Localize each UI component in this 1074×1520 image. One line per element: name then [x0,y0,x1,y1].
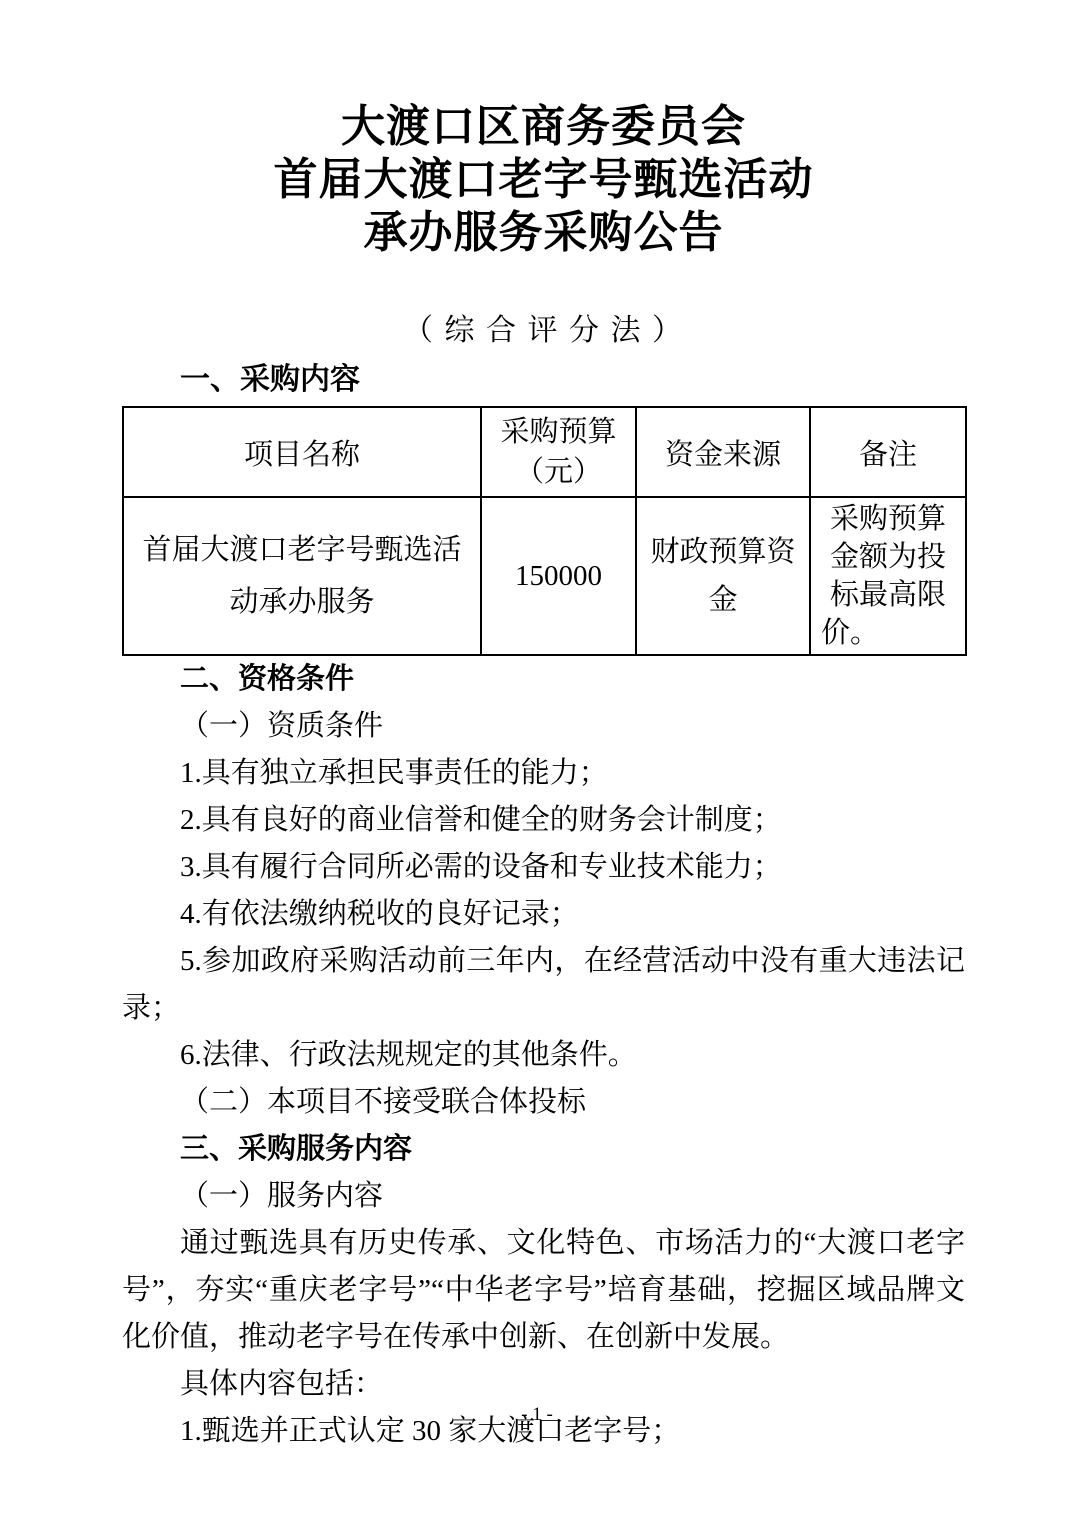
col-header-remark: 备注 [810,407,966,497]
cell-budget: 150000 [481,497,636,655]
procurement-table: 项目名称 采购预算 （元） 资金来源 备注 首届大渡口老字号甄选活动承办服务 1… [122,406,967,656]
section3-heading: 三、采购服务内容 [122,1126,965,1173]
qualification-item-3: 3.具有履行合同所必需的设备和专业技术能力； [122,844,965,891]
cell-funding-source: 财政预算资金 [636,497,810,655]
evaluation-method-line: （ 综 合 评 分 法 ） [122,307,965,354]
section3-sub1-heading: （一）服务内容 [122,1173,965,1220]
qualification-item-4: 4.有依法缴纳税收的良好记录； [122,891,965,938]
table-row: 首届大渡口老字号甄选活动承办服务 150000 财政预算资金 采购预算金额为投标… [123,497,966,655]
specific-content-intro: 具体内容包括： [122,1361,965,1408]
cell-project-name: 首届大渡口老字号甄选活动承办服务 [123,497,481,655]
service-content-paragraph: 通过甄选具有历史传承、文化特色、市场活力的“大渡口老字号”，夯实“重庆老字号”“… [122,1220,965,1361]
qualification-item-1: 1.具有独立承担民事责任的能力； [122,750,965,797]
document-page: 大渡口区商务委员会 首届大渡口老字号甄选活动 承办服务采购公告 （ 综 合 评 … [0,0,1074,1520]
cell-remark: 采购预算金额为投标最高限价。 [810,497,966,655]
section2-sub2-heading: （二）本项目不接受联合体投标 [122,1079,965,1126]
title-line-3: 承办服务采购公告 [122,206,965,259]
col-header-project-name: 项目名称 [123,407,481,497]
table-header-row: 项目名称 采购预算 （元） 资金来源 备注 [123,407,966,497]
qualification-item-5: 5.参加政府采购活动前三年内，在经营活动中没有重大违法记录； [122,938,965,1032]
document-title: 大渡口区商务委员会 首届大渡口老字号甄选活动 承办服务采购公告 [122,100,965,259]
page-number: - 1 - [0,1403,1074,1427]
document-body: 二、资格条件 （一）资质条件 1.具有独立承担民事责任的能力； 2.具有良好的商… [122,656,965,1455]
title-line-1: 大渡口区商务委员会 [122,100,965,153]
section1-heading: 一、采购内容 [122,356,965,403]
section2-heading: 二、资格条件 [122,656,965,703]
title-line-2: 首届大渡口老字号甄选活动 [122,153,965,206]
qualification-item-2: 2.具有良好的商业信誉和健全的财务会计制度； [122,797,965,844]
col-header-funding-source: 资金来源 [636,407,810,497]
section2-sub1-heading: （一）资质条件 [122,703,965,750]
col-header-budget: 采购预算 （元） [481,407,636,497]
qualification-item-6: 6.法律、行政法规规定的其他条件。 [122,1032,965,1079]
